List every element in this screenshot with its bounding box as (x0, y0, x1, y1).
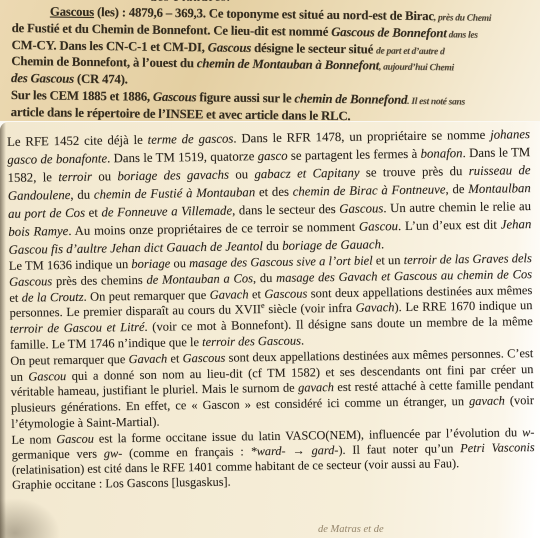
entry-paragraph: Gascous (les) : 4879,6 – 369,3. Ce topon… (11, 3, 540, 121)
scanned-page-body: Le RFE 1452 cite déjà le terme de gascos… (0, 122, 540, 538)
body-text: Le RFE 1452 cite déjà le terme de gascos… (7, 125, 535, 493)
body-paragraph-1: Le RFE 1452 cite déjà le terme de gascos… (7, 125, 532, 259)
scanned-snippet-top: des Flandres. Gascous (les) : 4879,6 – 3… (0, 0, 540, 121)
cropped-bottom-fragment: de Matras et de (318, 524, 384, 535)
body-paragraph-2: Le TM 1636 indique un boriage ou masage … (9, 251, 533, 354)
body-paragraph-4: Le nom Gascou est la forme occitane issu… (11, 425, 535, 478)
body-paragraph-3: On peut remarquer que Gavach et Gascous … (10, 346, 534, 433)
